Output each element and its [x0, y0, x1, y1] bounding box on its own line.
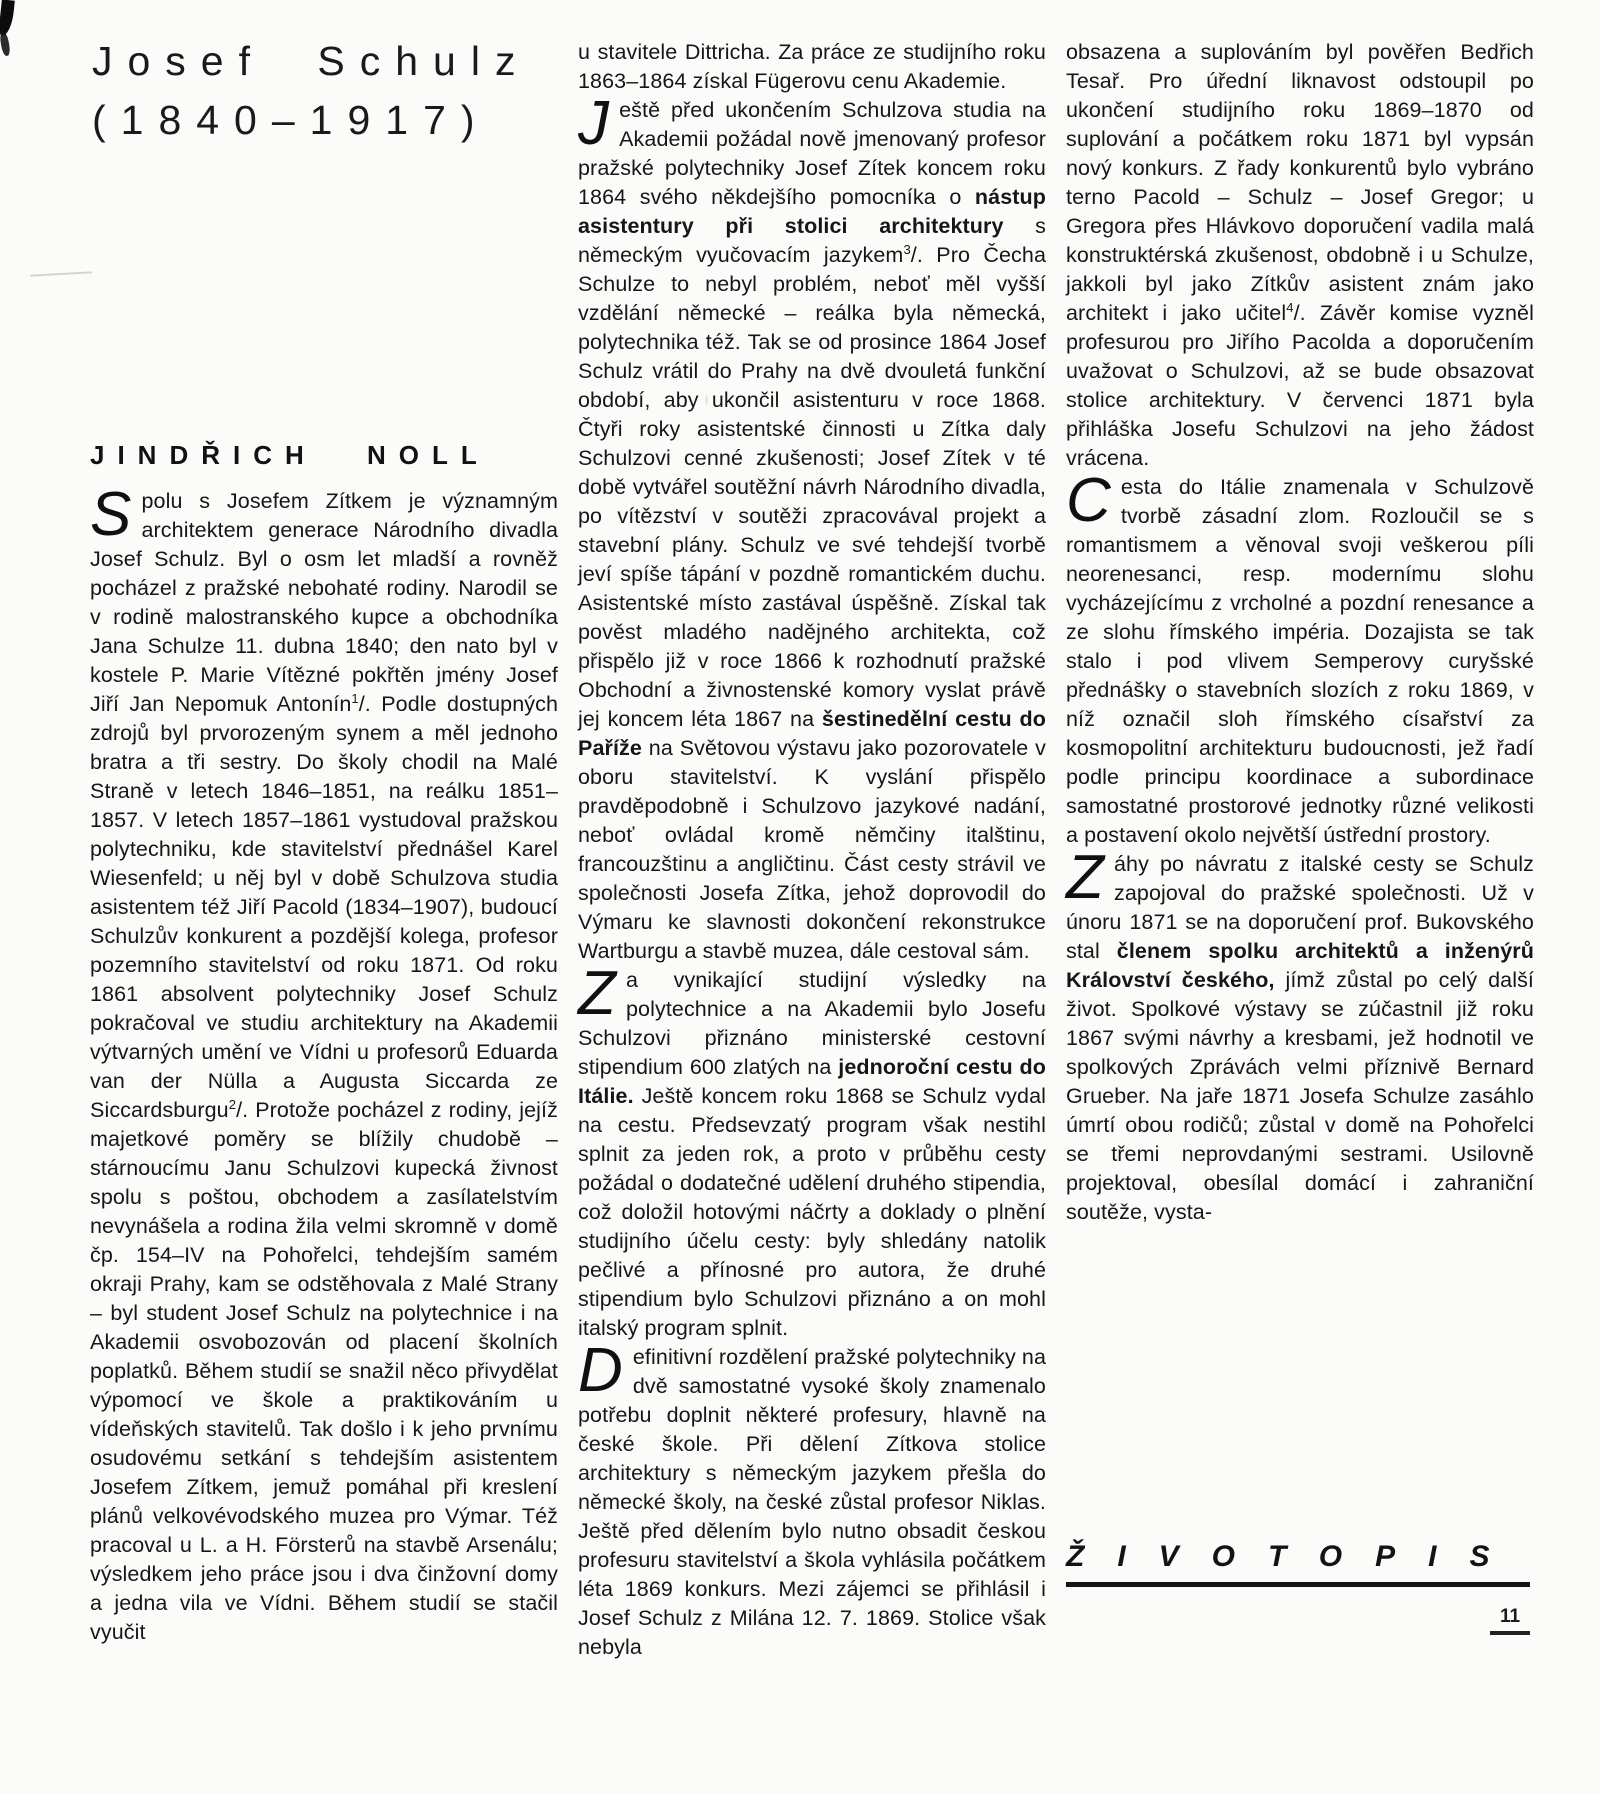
paragraph: u stavitele Dittricha. Za práce ze studi…: [578, 38, 1046, 96]
footnote-marker: 4: [1286, 300, 1293, 315]
column-1-text: Spolu s Josefem Zítkem je významným arch…: [90, 487, 558, 1647]
section-label: ŽIVOTOPIS: [1066, 1540, 1534, 1574]
text-run: /. Závěr komise vyzněl profesurou pro Ji…: [1066, 301, 1534, 470]
paragraph: Ještě před ukončením Schulzova studia na…: [578, 96, 1046, 966]
paragraph: Definitivní rozdělení pražské polytechni…: [578, 1343, 1046, 1662]
drop-cap: J: [578, 100, 609, 148]
page-number: 11: [1490, 1606, 1530, 1635]
text-run: /. Protože pocházel z rodiny, jejíž maje…: [90, 1098, 558, 1644]
article-title: Josef Schulz: [92, 38, 558, 85]
text-run: jímž zůstal po celý další život. Spolkov…: [1066, 968, 1534, 1224]
column-3: obsazena a suplováním byl pověřen Bedřic…: [1066, 0, 1534, 1227]
text-run: Ještě koncem roku 1868 se Schulz vydal n…: [578, 1084, 1046, 1340]
paragraph: Záhy po návratu z italské cesty se Schul…: [1066, 850, 1534, 1227]
drop-cap: Z: [1066, 854, 1104, 902]
text-run: /. Pro Čecha Schulze to nebyl problém, n…: [578, 243, 1046, 731]
footnote-marker: 1: [351, 691, 358, 706]
paragraph: obsazena a suplováním byl pověřen Bedřic…: [1066, 38, 1534, 473]
column-2: u stavitele Dittricha. Za práce ze studi…: [578, 0, 1046, 1662]
paragraph: Za vynikající studijní výsledky na polyt…: [578, 966, 1046, 1343]
section-rule: [1066, 1582, 1530, 1587]
author-name: JINDŘICH NOLL: [90, 440, 558, 471]
scan-artifact-mark: [0, 0, 15, 37]
scanned-article-page: Josef Schulz (1840–1917) JINDŘICH NOLL S…: [0, 0, 1600, 1794]
drop-cap: Z: [578, 970, 616, 1018]
text-run: obsazena a suplováním byl pověřen Bedřic…: [1066, 40, 1534, 325]
text-run: na Světovou výstavu jako pozorovatele v …: [578, 736, 1046, 963]
drop-cap: S: [90, 491, 131, 539]
footnote-marker: 3: [903, 242, 910, 257]
text-run: u stavitele Dittricha. Za práce ze studi…: [578, 40, 1046, 93]
section-footer: ŽIVOTOPIS: [1066, 1540, 1534, 1587]
drop-cap: D: [578, 1347, 623, 1395]
scan-artifact-mark: [0, 31, 11, 56]
drop-cap: C: [1066, 477, 1111, 525]
paragraph: Spolu s Josefem Zítkem je významným arch…: [90, 487, 558, 1647]
text-run: esta do Itálie znamenala v Schulzově tvo…: [1066, 475, 1534, 847]
footnote-marker: 2: [229, 1097, 236, 1112]
text-run: polu s Josefem Zítkem je významným archi…: [90, 489, 558, 716]
scan-artifact-smudge: [30, 271, 92, 276]
article-title-dates: (1840–1917): [92, 97, 558, 144]
paragraph: Cesta do Itálie znamenala v Schulzově tv…: [1066, 473, 1534, 850]
text-run: /. Podle dostupných zdrojů byl prvorozen…: [90, 692, 558, 1122]
column-1: Josef Schulz (1840–1917) JINDŘICH NOLL S…: [90, 0, 558, 1647]
text-run: efinitivní rozdělení pražské polytechnik…: [578, 1345, 1046, 1659]
